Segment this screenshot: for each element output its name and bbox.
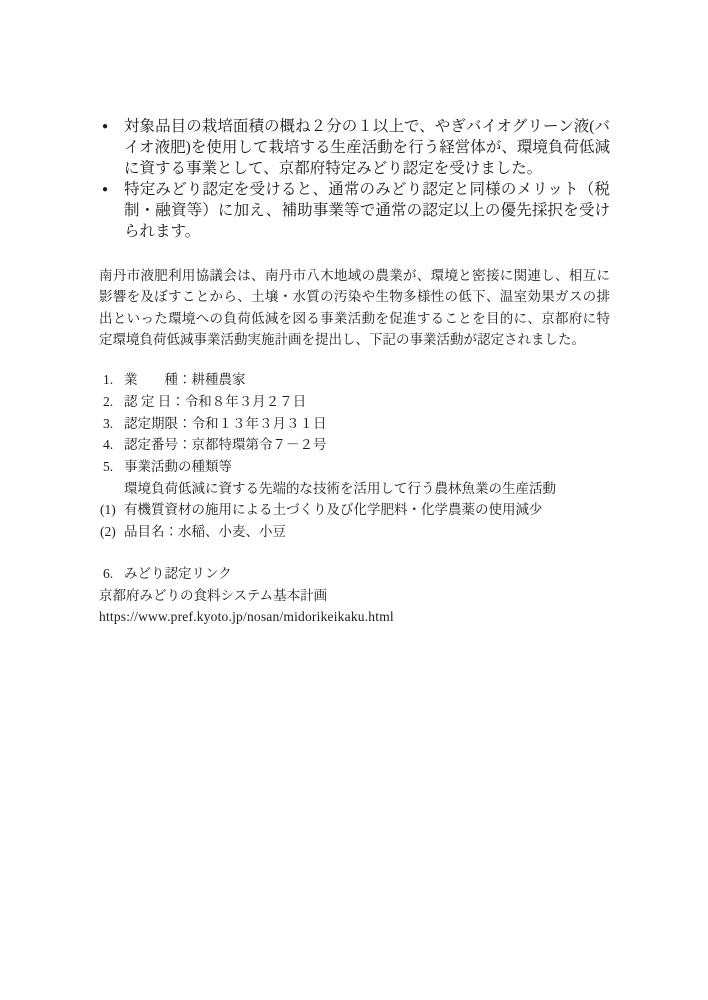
list-item-text: 認定期限：令和１３年３月３１日 bbox=[124, 413, 610, 435]
list-item-text: 事業活動の種類等 bbox=[124, 456, 610, 478]
link-title: 京都府みどりの食料システム基本計画 bbox=[99, 585, 610, 607]
bullet-text: 対象品目の栽培面積の概ね２分の１以上で、やぎバイオグリーン液(バイオ液肥)を使用… bbox=[124, 116, 610, 179]
intro-paragraph: 南丹市液肥利用協議会は、南丹市八木地域の農業が、環境と密接に関連し、相互に影響を… bbox=[99, 265, 610, 350]
list-item-text: 有機質資材の施用による土づくり及び化学肥料・化学農薬の使用減少 bbox=[124, 499, 610, 521]
list-item-number: 3. bbox=[99, 413, 124, 435]
list-item-midori-link: 6. みどり認定リンク bbox=[99, 563, 610, 585]
list-item-number: (2) bbox=[99, 521, 124, 543]
list-item-certification-term: 3. 認定期限：令和１３年３月３１日 bbox=[99, 413, 610, 435]
link-url[interactable]: https://www.pref.kyoto.jp/nosan/midorike… bbox=[99, 606, 610, 628]
bullet-text: 特定みどり認定を受けると、通常のみどり認定と同様のメリット（税制・融資等）に加え… bbox=[124, 179, 610, 242]
list-item-certification-number: 4. 認定番号：京都特環第令７－２号 bbox=[99, 434, 610, 456]
certification-detail-list: 1. 業 種：耕種農家 2. 認 定 日：令和８年３月２７日 3. 認定期限：令… bbox=[99, 369, 610, 543]
list-item-number: 5. bbox=[99, 456, 124, 478]
list-item-business-type: 1. 業 種：耕種農家 bbox=[99, 369, 610, 391]
list-item-number: 2. bbox=[99, 391, 124, 413]
document-page: ● 対象品目の栽培面積の概ね２分の１以上で、やぎバイオグリーン液(バイオ液肥)を… bbox=[99, 116, 610, 628]
list-item-number: 1. bbox=[99, 369, 124, 391]
sub-item-crop-names: (2) 品目名：水稲、小麦、小豆 bbox=[99, 521, 610, 543]
sub-item-soil-improvement: (1) 有機質資材の施用による土づくり及び化学肥料・化学農薬の使用減少 bbox=[99, 499, 610, 521]
list-item-text: 品目名：水稲、小麦、小豆 bbox=[124, 521, 610, 543]
list-item-certification-date: 2. 認 定 日：令和８年３月２７日 bbox=[99, 391, 610, 413]
list-item-activity-type: 5. 事業活動の種類等 bbox=[99, 456, 610, 478]
list-item-text: 業 種：耕種農家 bbox=[124, 369, 610, 391]
list-item-number: 4. bbox=[99, 434, 124, 456]
bullet-icon: ● bbox=[99, 116, 124, 179]
activity-type-description: 環境負荷低減に資する先端的な技術を活用して行う農林魚業の生産活動 bbox=[99, 478, 610, 500]
bullet-item: ● 対象品目の栽培面積の概ね２分の１以上で、やぎバイオグリーン液(バイオ液肥)を… bbox=[99, 116, 610, 179]
bullet-item: ● 特定みどり認定を受けると、通常のみどり認定と同様のメリット（税制・融資等）に… bbox=[99, 179, 610, 242]
list-item-text: みどり認定リンク bbox=[124, 563, 610, 585]
list-item-text: 認定番号：京都特環第令７－２号 bbox=[124, 434, 610, 456]
list-item-number: (1) bbox=[99, 499, 124, 521]
list-item-text: 認 定 日：令和８年３月２７日 bbox=[124, 391, 610, 413]
bullet-icon: ● bbox=[99, 179, 124, 242]
list-item-number: 6. bbox=[99, 563, 124, 585]
midori-link-section: 6. みどり認定リンク 京都府みどりの食料システム基本計画 https://ww… bbox=[99, 563, 610, 628]
summary-bullet-list: ● 対象品目の栽培面積の概ね２分の１以上で、やぎバイオグリーン液(バイオ液肥)を… bbox=[99, 116, 610, 242]
